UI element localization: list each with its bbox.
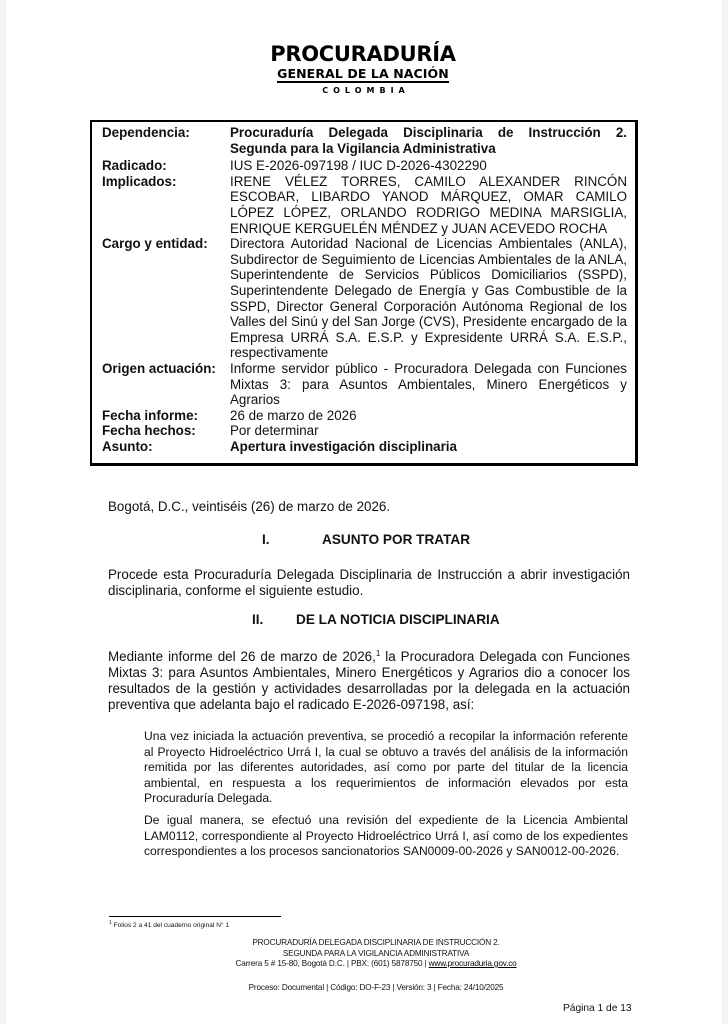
info-label: Dependencia: (102, 125, 230, 156)
section-number: I. (262, 532, 322, 548)
logo-sub-text: GENERAL DE LA NACIÓN (277, 67, 449, 83)
footer-block: PROCURADURÍA DELEGADA DISCIPLINARIA DE I… (186, 938, 566, 970)
footnote-divider (109, 916, 281, 917)
section-heading-2: II. DE LA NOTICIA DISCIPLINARIA (252, 612, 500, 628)
website-link[interactable]: www.procuraduria.gov.co (429, 959, 517, 968)
logo-country-text: COLOMBIA (268, 86, 458, 95)
section-number: II. (252, 612, 296, 628)
info-label: Fecha hechos: (102, 423, 230, 439)
info-label: Origen actuación: (102, 361, 230, 408)
page-number: Página 1 de 13 (563, 1003, 632, 1014)
procuraduria-logo: PROCURADURÍA GENERAL DE LA NACIÓN COLOMB… (268, 44, 458, 95)
section-title-text: ASUNTO POR TRATAR (322, 532, 470, 548)
quote-paragraph-2: De igual manera, se efectuó una revisión… (144, 813, 628, 860)
section-title-text: DE LA NOTICIA DISCIPLINARIA (296, 612, 500, 628)
info-row-origen: Origen actuación: Informe servidor públi… (102, 361, 627, 408)
info-value: Por determinar (230, 423, 627, 439)
logo-main-text: PROCURADURÍA (268, 44, 458, 65)
info-label: Implicados: (102, 174, 230, 236)
footer-line-1: PROCURADURÍA DELEGADA DISCIPLINARIA DE I… (186, 938, 566, 949)
info-row-implicados: Implicados: IRENE VÉLEZ TORRES, CAMILO A… (102, 174, 627, 236)
info-row-cargo-entidad: Cargo y entidad: Directora Autoridad Nac… (102, 236, 627, 361)
info-value: 26 de marzo de 2026 (230, 408, 627, 424)
info-label: Cargo y entidad: (102, 236, 230, 361)
footnote-text: Folios 2 a 41 del cuaderno original N° 1 (112, 922, 229, 929)
info-row-radicado: Radicado: IUS E-2026-097198 / IUC D-2026… (102, 158, 627, 174)
info-row-fecha-informe: Fecha informe: 26 de marzo de 2026 (102, 408, 627, 424)
info-row-dependencia: Dependencia: Procuraduría Delegada Disci… (102, 125, 627, 156)
info-row-fecha-hechos: Fecha hechos: Por determinar (102, 423, 627, 439)
section-heading-1: I. ASUNTO POR TRATAR (262, 532, 470, 548)
info-value: Informe servidor público - Procuradora D… (230, 361, 627, 408)
section1-paragraph: Procede esta Procuraduría Delegada Disci… (108, 567, 630, 599)
footer-line-2: SEGUNDA PARA LA VIGILANCIA ADMINISTRATIV… (186, 949, 566, 960)
place-date: Bogotá, D.C., veintiséis (26) de marzo d… (108, 499, 630, 515)
info-label: Radicado: (102, 158, 230, 174)
footer-address-text: Carrera 5 # 15-80, Bogotá D.C. | PBX: (6… (235, 959, 428, 968)
info-value: Procuraduría Delegada Disciplinaria de I… (230, 125, 627, 156)
info-value: IRENE VÉLEZ TORRES, CAMILO ALEXANDER RIN… (230, 174, 627, 236)
info-value: IUS E-2026-097198 / IUC D-2026-4302290 (230, 158, 627, 174)
case-info-box: Dependencia: Procuraduría Delegada Disci… (90, 120, 638, 466)
footnote: 1 Folios 2 a 41 del cuaderno original N°… (109, 922, 229, 930)
quote-paragraph-1: Una vez iniciada la actuación preventiva… (144, 729, 628, 807)
footer-address: Carrera 5 # 15-80, Bogotá D.C. | PBX: (6… (186, 959, 566, 970)
info-label: Fecha informe: (102, 408, 230, 424)
info-value: Directora Autoridad Nacional de Licencia… (230, 236, 627, 361)
document-page: PROCURADURÍA GENERAL DE LA NACIÓN COLOMB… (6, 0, 722, 1024)
section2-paragraph: Mediante informe del 26 de marzo de 2026… (108, 649, 630, 713)
paragraph-text: Mediante informe del 26 de marzo de 2026… (108, 649, 376, 664)
info-row-asunto: Asunto: Apertura investigación disciplin… (102, 439, 627, 455)
info-value: Apertura investigación disciplinaria (230, 439, 627, 455)
info-label: Asunto: (102, 439, 230, 455)
footer-process-info: Proceso: Documental | Código: DO-F-23 | … (186, 983, 566, 994)
